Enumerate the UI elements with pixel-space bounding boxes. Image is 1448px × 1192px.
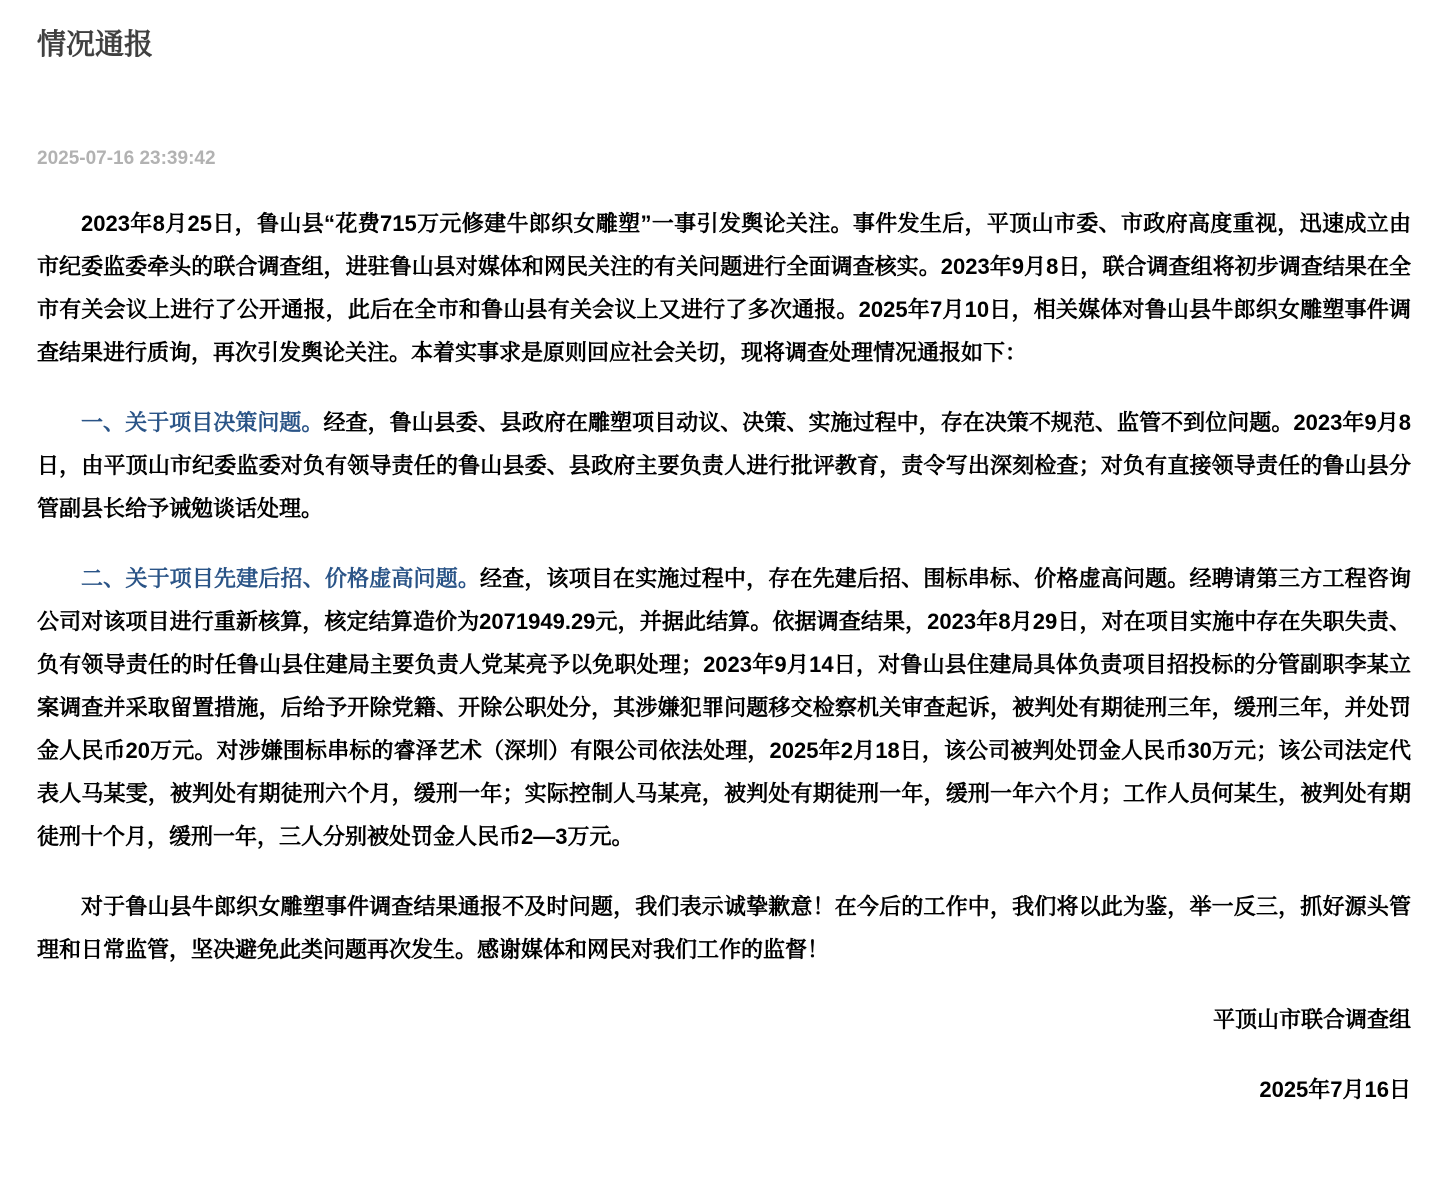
section-2-heading: 二、关于项目先建后招、价格虚高问题。: [81, 566, 480, 591]
intro-paragraph: 2023年8月25日，鲁山县“花费715万元修建牛郎织女雕塑”一事引发舆论关注。…: [37, 202, 1411, 374]
section-1-paragraph: 一、关于项目决策问题。经查，鲁山县委、县政府在雕塑项目动议、决策、实施过程中，存…: [37, 401, 1411, 530]
notice-page: 情况通报 2025-07-16 23:39:42 2023年8月25日，鲁山县“…: [0, 0, 1448, 1192]
section-2-text: 经查，该项目在实施过程中，存在先建后招、围标串标、价格虚高问题。经聘请第三方工程…: [37, 566, 1411, 849]
issuer-signature: 平顶山市联合调查组: [37, 998, 1411, 1041]
page-title: 情况通报: [37, 26, 1411, 64]
apology-paragraph: 对于鲁山县牛郎织女雕塑事件调查结果通报不及时问题，我们表示诚挚歉意！在今后的工作…: [37, 885, 1411, 971]
section-2-paragraph: 二、关于项目先建后招、价格虚高问题。经查，该项目在实施过程中，存在先建后招、围标…: [37, 557, 1411, 858]
notice-body: 2023年8月25日，鲁山县“花费715万元修建牛郎织女雕塑”一事引发舆论关注。…: [37, 202, 1411, 1111]
issue-date: 2025年7月16日: [37, 1068, 1411, 1111]
publish-timestamp: 2025-07-16 23:39:42: [37, 146, 1411, 172]
section-1-heading: 一、关于项目决策问题。: [81, 410, 323, 435]
